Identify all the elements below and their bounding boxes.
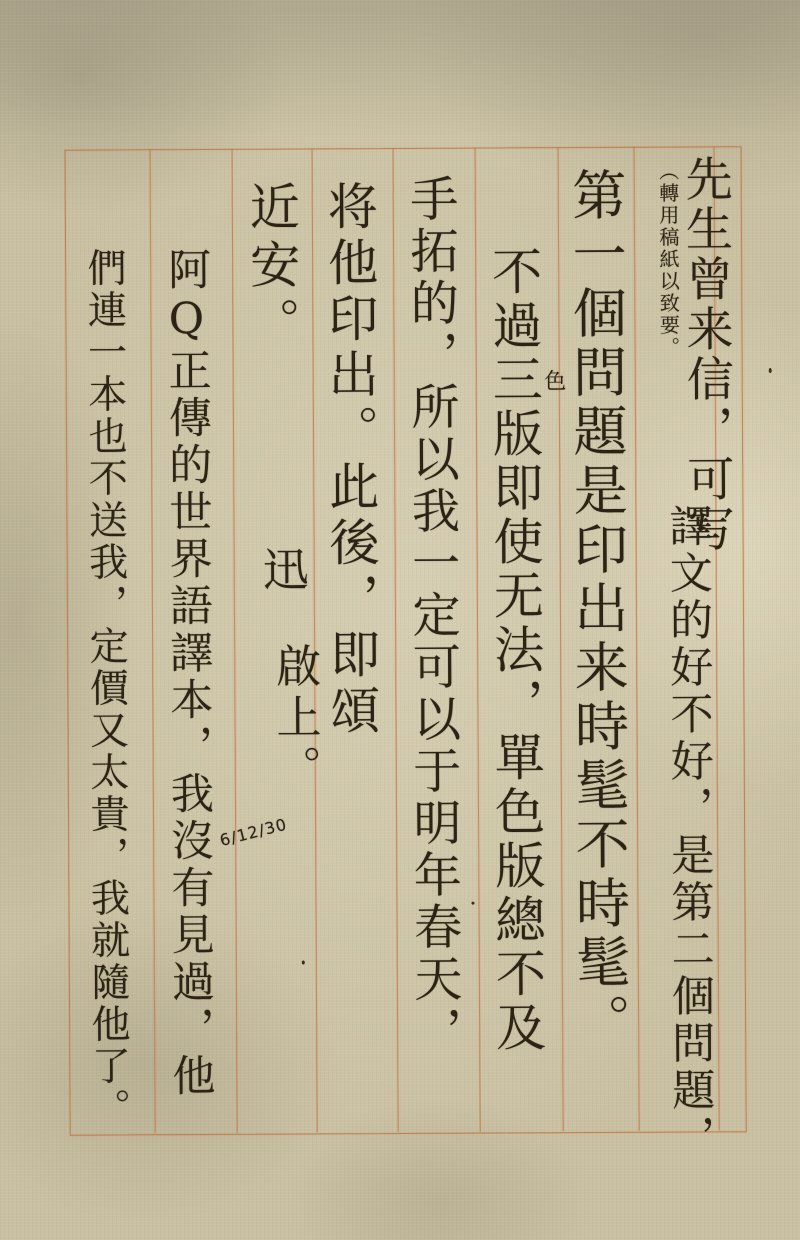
signature: 迅	[260, 545, 306, 594]
column-8-text: 們連一本也不送我，定價又太貴，我就隨他了。	[84, 247, 128, 1129]
column-3-inserted-character: 色	[542, 369, 564, 394]
column-4-text: 手拓的，所以我一定可以于明年春天，	[406, 174, 459, 1058]
ink-speck	[594, 319, 598, 322]
ink-speck	[769, 368, 772, 373]
column-5-text: 将他印出。此後，即頌	[324, 180, 377, 740]
column-1-small-note: （轉用稿紙以致要。	[658, 161, 679, 359]
column-2-text: 第一個問題是印出来時髦不時髦。	[568, 167, 627, 1052]
letter-sheet: 先生曾来信，可写 （轉用稿紙以致要。 譯文的好不好，是第二個問題， 第一個問題是…	[0, 0, 800, 1240]
column-7-text: 阿Q正傳的世界語譯本，我沒有見過，他	[164, 247, 211, 1100]
signoff: 啟上。	[272, 642, 318, 795]
ink-speck	[302, 961, 305, 965]
column-3-text: 不過三版即使无法，單色版總不及	[488, 245, 542, 1055]
ink-speck	[471, 902, 474, 905]
letter-photo: 先生曾来信，可写 （轉用稿紙以致要。 譯文的好不好，是第二個問題， 第一個問題是…	[0, 0, 800, 1240]
closing-salute: 近安。	[246, 181, 297, 355]
column-1-opening-text: 先生曾来信，可写	[682, 154, 731, 554]
column-1-continuation-text: 譯文的好不好，是第二個問題，	[665, 503, 711, 1161]
